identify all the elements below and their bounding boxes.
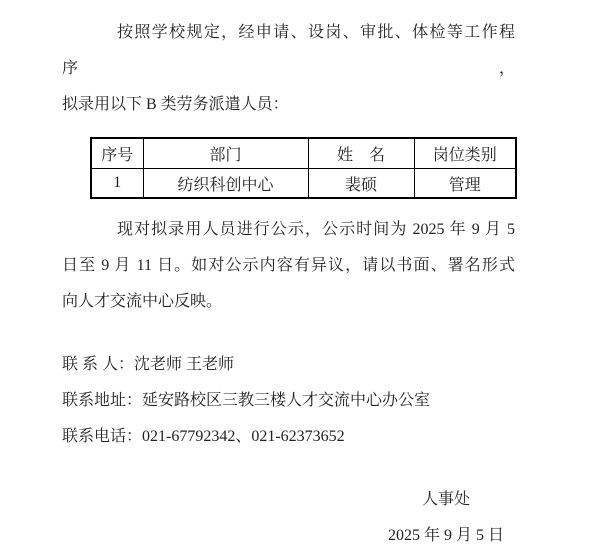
- signature-date: 2025 年 9 月 5 日: [386, 518, 506, 551]
- signature-org: 人事处: [386, 482, 506, 518]
- contact-block: 联 系 人：沈老师 王老师 联系地址：延安路校区三教三楼人才交流中心办公室 联系…: [62, 347, 515, 455]
- table-header-seq: 序号: [91, 138, 143, 169]
- table-cell-position-type: 管理: [414, 169, 516, 199]
- contact-phone-line: 联系电话：021-67792342、021-62373652: [62, 419, 515, 455]
- paragraph-intro: 按照学校规定，经申请、设岗、审批、体检等工作程序， 拟录用以下 B 类劳务派遣人…: [62, 15, 515, 123]
- table-cell-department: 纺织科创中心: [143, 169, 308, 199]
- recruitment-table: 序号 部门 姓 名 岗位类别 1 纺织科创中心 裴硕 管理: [90, 137, 517, 199]
- announcement-line-1: 现对拟录用人员进行公示，公示时间为 2025 年 9 月 5: [62, 212, 515, 248]
- document-page: 按照学校规定，经申请、设岗、审批、体检等工作程序， 拟录用以下 B 类劳务派遣人…: [0, 0, 611, 551]
- announcement-line-2: 日至 9 月 11 日。如对公示内容有异议，请以书面、署名形式: [62, 248, 515, 284]
- table-cell-name: 裴硕: [308, 169, 414, 199]
- intro-line-1: 按照学校规定，经申请、设岗、审批、体检等工作程序，: [62, 15, 515, 87]
- table-header-name: 姓 名: [308, 138, 414, 169]
- intro-line-2: 拟录用以下 B 类劳务派遣人员：: [62, 87, 515, 123]
- contact-address-line: 联系地址：延安路校区三教三楼人才交流中心办公室: [62, 383, 515, 419]
- announcement-line-3: 向人才交流中心反映。: [62, 284, 515, 320]
- paragraph-announcement: 现对拟录用人员进行公示，公示时间为 2025 年 9 月 5 日至 9 月 11…: [62, 212, 515, 320]
- table-header-row: 序号 部门 姓 名 岗位类别: [91, 138, 516, 169]
- table-header-position-type: 岗位类别: [414, 138, 516, 169]
- table-cell-seq: 1: [91, 169, 143, 199]
- signature-block: 人事处 2025 年 9 月 5 日: [386, 482, 506, 551]
- table-row: 1 纺织科创中心 裴硕 管理: [91, 169, 516, 199]
- table-header-department: 部门: [143, 138, 308, 169]
- contact-person-line: 联 系 人：沈老师 王老师: [62, 347, 515, 383]
- document-content: 按照学校规定，经申请、设岗、审批、体检等工作程序， 拟录用以下 B 类劳务派遣人…: [0, 0, 611, 551]
